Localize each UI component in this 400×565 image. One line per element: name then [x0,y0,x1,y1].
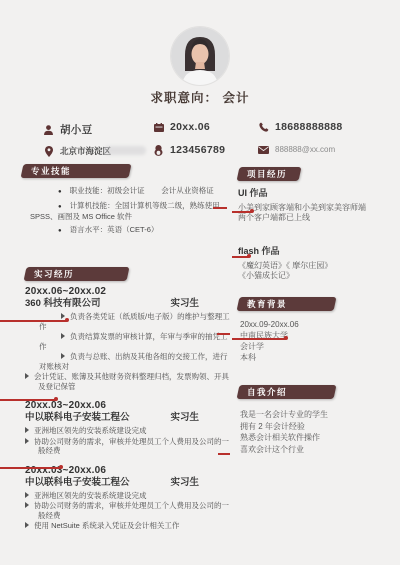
job-company-line: 中以联科电子安装工程公 实习生 [25,477,199,489]
calendar-icon [153,123,164,132]
job-bullet: 负责与总账、出纳及其他各组的交接工作，进行对账核对 [25,352,231,371]
skill-item: ●职业技能：初级会计证 会计从业资格证 [30,186,226,198]
arrow-bullet-icon [25,427,29,433]
job-bullet: 亚洲地区领先的安装系统建设完成 [25,491,231,501]
qq-penguin-icon [153,145,164,156]
annotation-dash [213,207,227,209]
job-company: 360 科技有限公司 [25,298,101,310]
project-line: 《魔幻英语》《 摩尔庄园》 [238,261,390,271]
education-content: 20xx.09-20xx.06 中南民族大学 会计学 本科 [240,319,390,363]
annotation-dot [65,318,69,322]
contact-qq: 123456789 [153,144,225,156]
job-bullet: 协助公司财务的需求，审核并处理员工个人费用及公司的一般经费 [25,437,231,456]
job-period: 20xx.03~20xx.06 [25,400,231,412]
project-group-name: flash 作品 [238,244,390,257]
arrow-bullet-icon [25,492,29,498]
job-block: 20xx.06~20xx.02 360 科技有限公司 实习生 负责各类凭证（纸质… [25,286,231,391]
annotation-dot [247,254,251,258]
contact-name: 胡小豆 [43,122,92,137]
bullet-dot-icon: ● [58,189,62,195]
education-degree: 本科 [240,352,390,363]
self-intro-line: 拥有 2 年会计经验 [240,421,390,433]
bullet-dot-icon: ● [58,204,62,210]
job-role: 实习生 [170,298,199,310]
annotation-line [0,467,61,469]
job-block: 20xx.03~20xx.06 中以联科电子安装工程公 实习生 亚洲地区领先的安… [25,400,231,456]
annotation-line [0,320,67,322]
project-line: 小美到家顾客端和小美到家美容师端 [238,203,390,213]
qq-text: 123456789 [170,144,225,156]
avatar-photo-placeholder [171,27,229,85]
job-bullet: 负责结算发票的审核计算，年审与季审的抽凭工作 [25,332,231,351]
avatar [171,27,229,85]
project-group: flash 作品 《魔幻英语》《 摩尔庄园》 《小猫成长记》 [238,244,390,281]
job-company: 中以联科电子安装工程公 [25,477,130,489]
arrow-bullet-icon [25,373,29,379]
section-header-projects: 项目经历 [237,167,302,181]
projects-content: UI 作品 小美到家顾客端和小美到家美容师端 两个客户端都已上线 flash 作… [238,186,390,302]
location-pin-icon [43,146,54,157]
job-period: 20xx.06~20xx.02 [25,286,231,298]
phone-icon [258,122,269,132]
arrow-bullet-icon [25,522,29,528]
project-line: 两个客户端都已上线 [238,213,390,223]
job-company-line: 中以联科电子安装工程公 实习生 [25,412,199,424]
education-period: 20xx.09-20xx.06 [240,319,390,330]
section-title: 专业技能 [22,165,71,177]
email-text: 888888@xx.com [275,145,335,154]
job-bullet: 亚洲地区领先的安装系统建设完成 [25,426,231,436]
annotation-line [232,338,286,340]
arrow-bullet-icon [25,502,29,508]
internship-list: 20xx.06~20xx.02 360 科技有限公司 实习生 负责各类凭证（纸质… [25,286,231,540]
name-text: 胡小豆 [60,122,92,137]
section-title: 自我介绍 [238,386,287,398]
education-major: 会计学 [240,341,390,352]
skill-item: ●计算机技能：全国计算机等级二级，熟练使用 SPSS、画图及 MS Office… [30,201,226,222]
annotation-dot [250,209,254,213]
section-title: 实习经历 [25,268,74,280]
skill-item: ●语言水平：英语（CET-6） [30,225,226,237]
person-icon [43,125,54,135]
date-text: 20xx.06 [170,121,210,133]
job-bullet: 负责各类凭证（纸质版/电子版）的维护与整理工作 [25,312,231,331]
job-role: 实习生 [170,412,199,424]
skills-list: ●职业技能：初级会计证 会计从业资格证 ●计算机技能：全国计算机等级二级，熟练使… [30,186,226,239]
faint-watermark [104,146,146,155]
annotation-line [232,211,252,213]
job-intention-title: 求职意向： 会计 [0,88,400,106]
annotation-dot [54,397,58,401]
contact-date: 20xx.06 [153,121,210,133]
self-intro-content: 我是一名会计专业的学生 拥有 2 年会计经验 熟悉会计相关软件操作 喜欢会计这个… [240,409,390,455]
annotation-dash [218,453,230,455]
arrow-bullet-icon [25,438,29,444]
job-block: 20xx.03~20xx.06 中以联科电子安装工程公 实习生 亚洲地区领先的安… [25,465,231,531]
section-title: 项目经历 [238,168,287,180]
section-header-internship: 实习经历 [24,267,130,281]
contact-location: 北京市海淀区 [43,145,111,157]
bullet-dot-icon: ● [58,228,62,234]
arrow-bullet-icon [61,353,65,359]
job-bullet: 会计凭证、账簿及其他财务资料整理归档，发票购领、开具及登记保管 [25,372,231,391]
self-intro-line: 喜欢会计这个行业 [240,444,390,456]
section-header-skills: 专业技能 [21,164,132,178]
project-group-name: UI 作品 [238,186,390,199]
resume-page: 求职意向： 会计 胡小豆 北京市海淀区 20xx.06 123456789 18… [0,0,400,565]
job-bullet: 使用 NetSuite 系统录入凭证及会计相关工作 [25,521,231,531]
project-line: 《小猫成长记》 [238,271,390,281]
arrow-bullet-icon [61,333,65,339]
job-company: 中以联科电子安装工程公 [25,412,130,424]
phone-text: 18688888888 [275,121,343,133]
section-header-self-intro: 自我介绍 [237,385,337,399]
project-group: UI 作品 小美到家顾客端和小美到家美容师端 两个客户端都已上线 [238,186,390,223]
contact-email: 888888@xx.com [258,145,335,154]
annotation-dot [59,465,63,469]
annotation-dot [284,336,288,340]
job-company-line: 360 科技有限公司 实习生 [25,298,199,310]
envelope-icon [258,146,269,154]
job-role: 实习生 [170,477,199,489]
annotation-dash [217,333,230,335]
annotation-line [0,399,56,401]
self-intro-line: 熟悉会计相关软件操作 [240,432,390,444]
contact-phone: 18688888888 [258,121,343,133]
self-intro-line: 我是一名会计专业的学生 [240,409,390,421]
job-bullet: 协助公司财务的需求，审核并处理员工个人费用及公司的一般经费 [25,501,231,520]
